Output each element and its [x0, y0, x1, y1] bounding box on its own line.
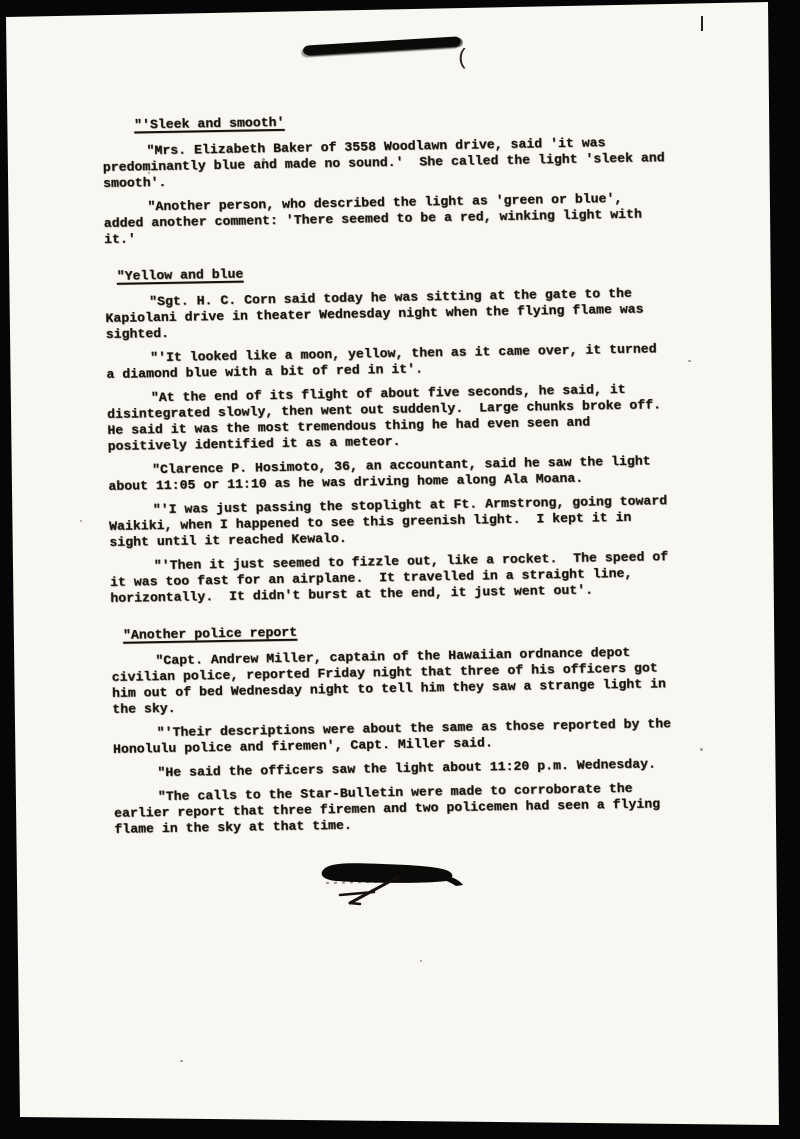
stray-tick-mark	[701, 16, 703, 31]
redaction-mark-bottom	[298, 855, 488, 925]
section-yellow-and-blue: "Yellow and blue "Sgt. H. C. Corn said t…	[104, 246, 672, 607]
paragraph: "Another person, who described the light…	[103, 190, 666, 248]
paragraph: "Sgt. H. C. Corn said today he was sitti…	[105, 285, 668, 343]
paragraph: "Capt. Andrew Miller, captain of the Haw…	[111, 644, 674, 718]
paragraph: "He said the officers saw the light abou…	[113, 756, 675, 782]
scan-speck	[180, 1060, 183, 1062]
paragraph: "At the end of its flight of about five …	[107, 381, 670, 455]
section-heading: "Another police report	[123, 625, 297, 644]
section-sleek-and-smooth: "'Sleek and smooth' "Mrs. Elizabeth Bake…	[102, 108, 666, 248]
scan-speck	[688, 360, 691, 362]
paragraph: "Clarence P. Hosimoto, 36, an accountant…	[108, 453, 670, 495]
paragraph: "'Then it just seemed to fizzle out, lik…	[110, 549, 673, 607]
paragraph: "'It looked like a moon, yellow, then as…	[106, 341, 668, 383]
scan-speck	[80, 520, 82, 522]
section-another-police-report: "Another police report "Capt. Andrew Mil…	[111, 605, 677, 838]
paren-mark: (	[456, 46, 469, 71]
paragraph: "The calls to the Star-Bulletin were mad…	[114, 780, 677, 838]
typed-document-body: "'Sleek and smooth' "Mrs. Elizabeth Bake…	[102, 108, 677, 846]
section-heading: "Yellow and blue	[117, 267, 244, 285]
paragraph: "'I was just passing the stoplight at Ft…	[109, 493, 672, 551]
scan-speck	[700, 748, 703, 751]
section-heading: "'Sleek and smooth'	[134, 115, 285, 134]
scan-speck	[420, 960, 422, 962]
paragraph: "'Their descriptions were about the same…	[113, 716, 675, 758]
paragraph: "Mrs. Elizabeth Baker of 3558 Woodlawn d…	[102, 134, 665, 192]
